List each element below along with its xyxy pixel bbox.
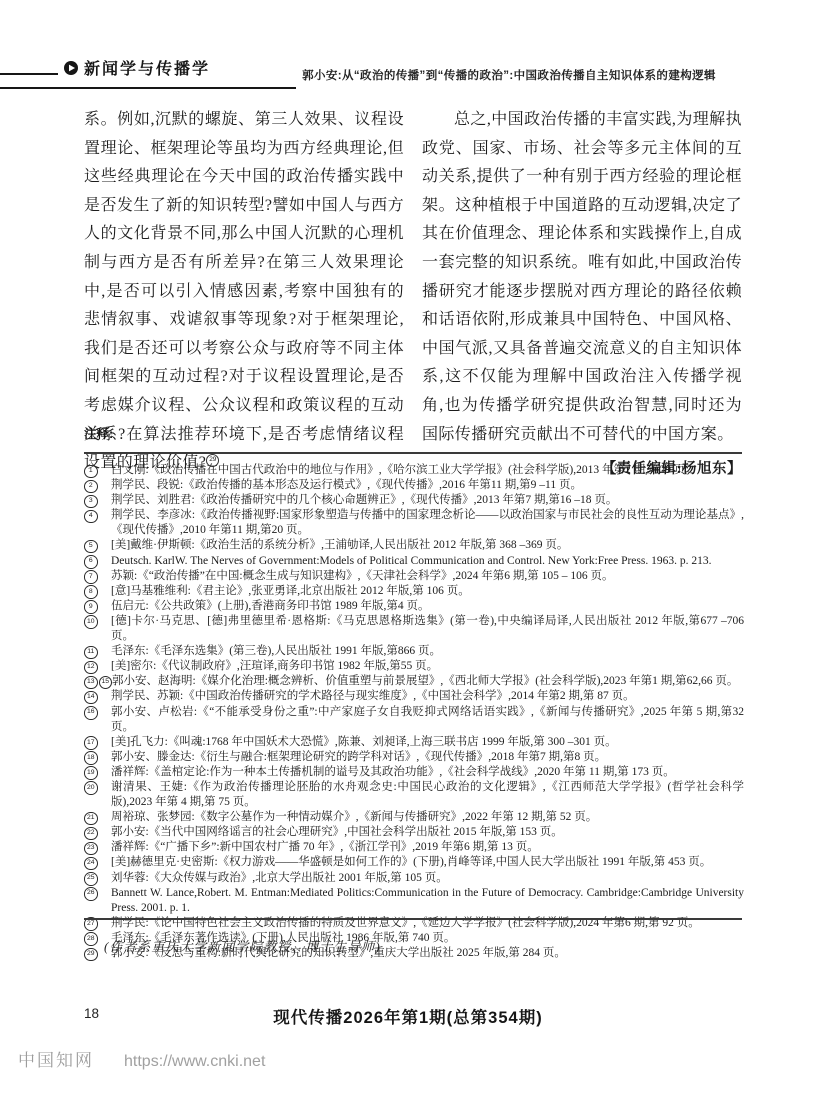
reference-item: 11毛泽东:《毛泽东选集》(第三卷),人民出版社 1991 年版,第866 页。 bbox=[84, 644, 744, 659]
reference-item: 22郭小安:《当代中国网络谣言的社会心理研究》,中国社会科学出版社 2015 年… bbox=[84, 825, 744, 840]
reference-number: 19 bbox=[84, 765, 111, 780]
notes-label: 注释: bbox=[84, 424, 113, 442]
reference-text: 郭小安、赵海明:《媒介化治理:概念辨析、价值重塑与前景展望》,《西北师大学报》(… bbox=[112, 674, 744, 689]
reference-number: 2 bbox=[84, 478, 111, 493]
reference-number: 17 bbox=[84, 735, 111, 750]
reference-number: 16 bbox=[84, 705, 111, 720]
reference-text: 白文刚:《政治传播在中国古代政治中的地位与作用》,《哈尔滨工业大学学报》(社会科… bbox=[111, 463, 744, 478]
section-label: 新闻学与传播学 bbox=[84, 56, 210, 79]
reference-item: 3荆学民、刘胜君:《政治传播研究中的几个核心命题辨正》,《现代传播》,2013 … bbox=[84, 493, 744, 508]
reference-item: 6Deutsch. KarlW. The Nerves of Governmen… bbox=[84, 554, 744, 569]
reference-text: 毛泽东:《毛泽东选集》(第三卷),人民出版社 1991 年版,第866 页。 bbox=[111, 644, 744, 659]
reference-number: 1315 bbox=[84, 674, 112, 689]
reference-text: 伍启元:《公共政策》(上册),香港商务印书馆 1989 年版,第4 页。 bbox=[111, 599, 744, 614]
reference-text: 潘祥辉:《“广播下乡”:新中国农村广播 70 年》,《浙江学刊》,2019 年第… bbox=[111, 840, 744, 855]
reference-number: 8 bbox=[84, 584, 111, 599]
reference-item: 12[美]密尔:《代议制政府》,汪瑄译,商务印书馆 1982 年版,第55 页。 bbox=[84, 659, 744, 674]
references-list: 1白文刚:《政治传播在中国古代政治中的地位与作用》,《哈尔滨工业大学学报》(社会… bbox=[84, 463, 744, 961]
reference-text: 荆学民、李彦冰:《政治传播视野:国家形象塑造与传播中的国家理念析论——以政治国家… bbox=[111, 508, 744, 538]
reference-number: 23 bbox=[84, 840, 111, 855]
reference-text: Bannett W. Lance,Robert. M. Entman:Media… bbox=[111, 886, 744, 916]
notes-bottom-rule bbox=[84, 918, 742, 920]
reference-text: [意]马基雅维利:《君主论》,张亚勇译,北京出版社 2012 年版,第 106 … bbox=[111, 584, 744, 599]
right-column: 总之,中国政治传播的丰富实践,为理解执政党、国家、市场、社会等多元主体间的互动关… bbox=[422, 106, 742, 484]
reference-number: 6 bbox=[84, 554, 111, 569]
reference-item: 1315郭小安、赵海明:《媒介化治理:概念辨析、价值重塑与前景展望》,《西北师大… bbox=[84, 674, 744, 689]
reference-item: 10[德]卡尔·马克思、[德]弗里德里希·恩格斯:《马克思恩格斯选集》(第一卷)… bbox=[84, 614, 744, 644]
journal-page: 新闻学与传播学 郭小安:从“政治的传播”到“传播的政治”:中国政治传播自主知识体… bbox=[0, 0, 816, 1100]
reference-text: 苏颖:《“政治传播”在中国:概念生成与知识建构》,《天津社会科学》,2024 年… bbox=[111, 569, 744, 584]
reference-number: 3 bbox=[84, 493, 111, 508]
notes-top-rule bbox=[84, 452, 742, 454]
reference-text: 荆学民、刘胜君:《政治传播研究中的几个核心命题辨正》,《现代传播》,2013 年… bbox=[111, 493, 744, 508]
reference-text: [美]孔飞力:《叫魂:1768 年中国妖术大恐慌》,陈兼、刘昶译,上海三联书店 … bbox=[111, 735, 744, 750]
reference-item: 2荆学民、段锐:《政治传播的基本形态及运行模式》,《现代传播》,2016 年第1… bbox=[84, 478, 744, 493]
reference-text: [美]戴维·伊斯顿:《政治生活的系统分析》,王浦劬译,人民出版社 2012 年版… bbox=[111, 538, 744, 553]
reference-number: 18 bbox=[84, 750, 111, 765]
reference-number: 12 bbox=[84, 659, 111, 674]
reference-text: [美]赫德里克·史密斯:《权力游戏——华盛顿是如何工作的》(下册),肖峰等译,中… bbox=[111, 855, 744, 870]
reference-item: 19潘祥辉:《盖棺定论:作为一种本土传播机制的谥号及其政治功能》,《社会科学战线… bbox=[84, 765, 744, 780]
journal-issue-line: 现代传播2026年第1期(总第354期) bbox=[0, 1004, 816, 1028]
article-body: 系。例如,沉默的螺旋、第三人效果、议程设置理论、框架理论等虽均为西方经典理论,但… bbox=[84, 106, 742, 484]
reference-item: 25刘华蓉:《大众传媒与政治》,北京大学出版社 2001 年版,第 105 页。 bbox=[84, 871, 744, 886]
reference-text: 郭小安、滕金达:《衍生与融合:框架理论研究的跨学科对话》,《现代传播》,2018… bbox=[111, 750, 744, 765]
reference-number: 7 bbox=[84, 569, 111, 584]
reference-item: 9伍启元:《公共政策》(上册),香港商务印书馆 1989 年版,第4 页。 bbox=[84, 599, 744, 614]
reference-item: 16郭小安、卢松岩:《“不能承受身份之重”:中产家庭子女自我贬抑式网络话语实践》… bbox=[84, 705, 744, 735]
reference-text: 荆学民、苏颖:《中国政治传播研究的学术路径与现实维度》,《中国社会科学》,201… bbox=[111, 689, 744, 704]
cnki-site-url[interactable]: https://www.cnki.net bbox=[124, 1053, 265, 1071]
reference-number: 24 bbox=[84, 855, 111, 870]
reference-text: 周裕琼、张梦园:《数字公墓作为一种情动媒介》,《新闻与传播研究》,2022 年第… bbox=[111, 810, 744, 825]
reference-item: 20谢清果、王婕:《作为政治传播理论胚胎的水舟观念史:中国民心政治的文化逻辑》,… bbox=[84, 780, 744, 810]
reference-item: 8[意]马基雅维利:《君主论》,张亚勇译,北京出版社 2012 年版,第 106… bbox=[84, 584, 744, 599]
play-icon bbox=[64, 61, 78, 75]
cnki-watermark: 中国知网 https://www.cnki.net bbox=[18, 1046, 265, 1071]
reference-item: 23潘祥辉:《“广播下乡”:新中国农村广播 70 年》,《浙江学刊》,2019 … bbox=[84, 840, 744, 855]
reference-item: 14荆学民、苏颖:《中国政治传播研究的学术路径与现实维度》,《中国社会科学》,2… bbox=[84, 689, 744, 704]
reference-item: 7苏颖:《“政治传播”在中国:概念生成与知识建构》,《天津社会科学》,2024 … bbox=[84, 569, 744, 584]
left-column: 系。例如,沉默的螺旋、第三人效果、议程设置理论、框架理论等虽均为西方经典理论,但… bbox=[84, 106, 404, 484]
header-logo-rule bbox=[0, 87, 296, 89]
left-paragraph: 系。例如,沉默的螺旋、第三人效果、议程设置理论、框架理论等虽均为西方经典理论,但… bbox=[84, 106, 404, 478]
reference-item: 21周裕琼、张梦园:《数字公墓作为一种情动媒介》,《新闻与传播研究》,2022 … bbox=[84, 810, 744, 825]
reference-item: 5[美]戴维·伊斯顿:《政治生活的系统分析》,王浦劬译,人民出版社 2012 年… bbox=[84, 538, 744, 553]
section-header: 新闻学与传播学 bbox=[64, 56, 210, 79]
reference-text: Deutsch. KarlW. The Nerves of Government… bbox=[111, 554, 744, 569]
reference-item: 24[美]赫德里克·史密斯:《权力游戏——华盛顿是如何工作的》(下册),肖峰等译… bbox=[84, 855, 744, 870]
right-paragraph: 总之,中国政治传播的丰富实践,为理解执政党、国家、市场、社会等多元主体间的互动关… bbox=[422, 106, 742, 449]
reference-item: 18郭小安、滕金达:《衍生与融合:框架理论研究的跨学科对话》,《现代传播》,20… bbox=[84, 750, 744, 765]
reference-number: 4 bbox=[84, 508, 111, 523]
reference-number: 5 bbox=[84, 538, 111, 553]
reference-item: 26Bannett W. Lance,Robert. M. Entman:Med… bbox=[84, 886, 744, 916]
reference-number: 1 bbox=[84, 463, 111, 478]
reference-number: 21 bbox=[84, 810, 111, 825]
reference-number: 26 bbox=[84, 886, 111, 901]
reference-text: [德]卡尔·马克思、[德]弗里德里希·恩格斯:《马克思恩格斯选集》(第一卷),中… bbox=[111, 614, 744, 644]
reference-number: 11 bbox=[84, 644, 111, 659]
reference-number: 14 bbox=[84, 689, 111, 704]
reference-item: 1白文刚:《政治传播在中国古代政治中的地位与作用》,《哈尔滨工业大学学报》(社会… bbox=[84, 463, 744, 478]
reference-text: [美]密尔:《代议制政府》,汪瑄译,商务印书馆 1982 年版,第55 页。 bbox=[111, 659, 744, 674]
reference-text: 潘祥辉:《盖棺定论:作为一种本土传播机制的谥号及其政治功能》,《社会科学战线》,… bbox=[111, 765, 744, 780]
author-affiliation-note: (作者系重庆大学新闻学院教授、博士生导师) bbox=[104, 936, 381, 955]
reference-item: 17[美]孔飞力:《叫魂:1768 年中国妖术大恐慌》,陈兼、刘昶译,上海三联书… bbox=[84, 735, 744, 750]
reference-number: 20 bbox=[84, 780, 111, 795]
reference-number: 25 bbox=[84, 871, 111, 886]
reference-number: 22 bbox=[84, 825, 111, 840]
running-head: 郭小安:从“政治的传播”到“传播的政治”:中国政治传播自主知识体系的建构逻辑 bbox=[278, 67, 740, 83]
reference-text: 谢清果、王婕:《作为政治传播理论胚胎的水舟观念史:中国民心政治的文化逻辑》,《江… bbox=[111, 780, 744, 810]
reference-number: 9 bbox=[84, 599, 111, 614]
reference-number: 10 bbox=[84, 614, 111, 629]
cnki-site-name: 中国知网 bbox=[18, 1046, 94, 1071]
header-left-rule bbox=[0, 73, 58, 75]
reference-item: 4荆学民、李彦冰:《政治传播视野:国家形象塑造与传播中的国家理念析论——以政治国… bbox=[84, 508, 744, 538]
reference-text: 郭小安:《当代中国网络谣言的社会心理研究》,中国社会科学出版社 2015 年版,… bbox=[111, 825, 744, 840]
reference-text: 郭小安、卢松岩:《“不能承受身份之重”:中产家庭子女自我贬抑式网络话语实践》,《… bbox=[111, 705, 744, 735]
reference-text: 刘华蓉:《大众传媒与政治》,北京大学出版社 2001 年版,第 105 页。 bbox=[111, 871, 744, 886]
reference-text: 荆学民、段锐:《政治传播的基本形态及运行模式》,《现代传播》,2016 年第11… bbox=[111, 478, 744, 493]
